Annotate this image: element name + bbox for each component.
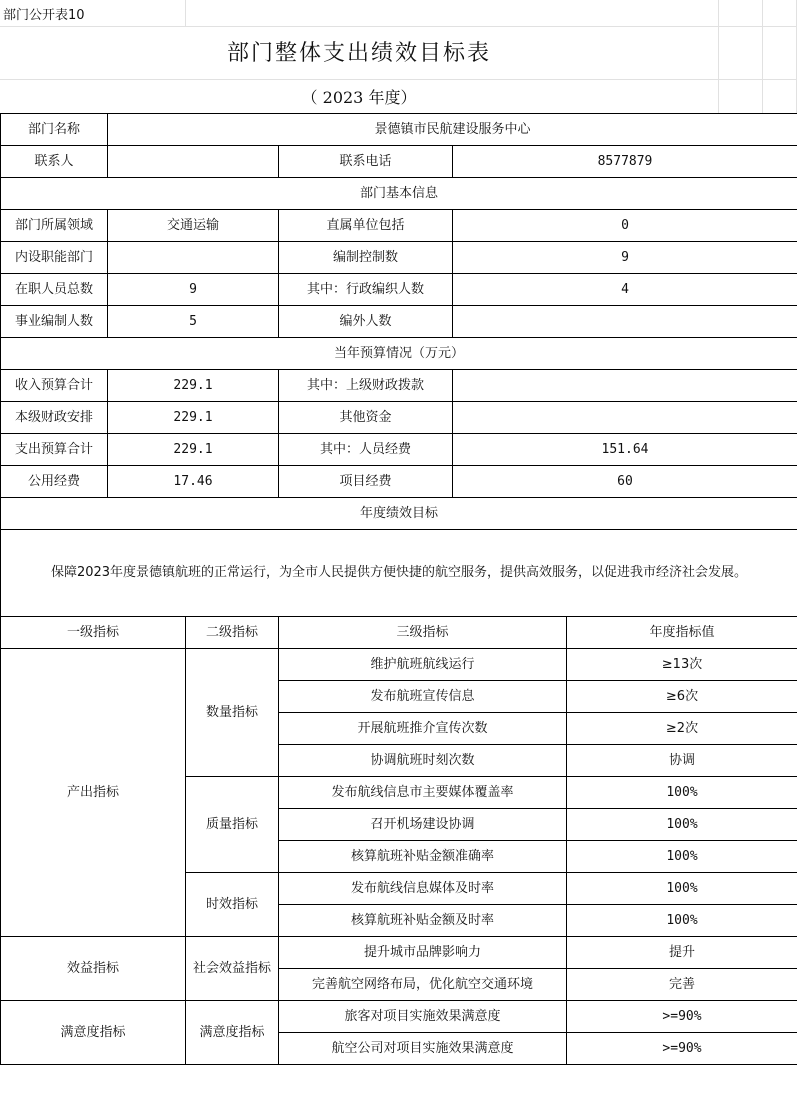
basic-info-row: 部门所属领域 交通运输 直属单位包括 0	[1, 210, 797, 242]
indicator-name[interactable]: 开展航班推介宣传次数	[279, 713, 567, 745]
indicator-name[interactable]: 完善航空网络布局，优化航空交通环境	[279, 969, 567, 1001]
indicator-value[interactable]: ≥6次	[567, 681, 797, 713]
level2-satisfaction: 满意度指标	[186, 1001, 279, 1065]
dept-name-row: 部门名称 景德镇市民航建设服务中心	[1, 114, 797, 146]
field-value[interactable]: 229.1	[108, 402, 279, 434]
indicator-name[interactable]: 提升城市品牌影响力	[279, 937, 567, 969]
dept-name-label: 部门名称	[1, 114, 108, 146]
field-label: 项目经费	[279, 466, 453, 498]
field-label: 编外人数	[279, 306, 453, 338]
indicator-value[interactable]: 100%	[567, 777, 797, 809]
field-value[interactable]: 9	[108, 274, 279, 306]
gridline	[762, 0, 763, 113]
indicator-name[interactable]: 旅客对项目实施效果满意度	[279, 1001, 567, 1033]
indicator-name[interactable]: 发布航线信息媒体及时率	[279, 873, 567, 905]
field-label: 其中：上级财政拨款	[279, 370, 453, 402]
indicator-name[interactable]: 航空公司对项目实施效果满意度	[279, 1033, 567, 1065]
indicator-name[interactable]: 发布航班宣传信息	[279, 681, 567, 713]
budget-row: 收入预算合计 229.1 其中：上级财政拨款	[1, 370, 797, 402]
field-value[interactable]: 151.64	[453, 434, 797, 466]
indicator-value[interactable]: >=90%	[567, 1033, 797, 1065]
indicator-value[interactable]: 100%	[567, 809, 797, 841]
indicator-value[interactable]: ≥13次	[567, 649, 797, 681]
indicator-value[interactable]: ≥2次	[567, 713, 797, 745]
section-title-goals: 年度绩效目标	[1, 498, 797, 530]
contact-label: 联系人	[1, 146, 108, 178]
field-value[interactable]: 229.1	[108, 434, 279, 466]
field-label: 支出预算合计	[1, 434, 108, 466]
goals-section: 年度绩效目标	[1, 498, 797, 530]
indicator-name[interactable]: 发布航线信息市主要媒体覆盖率	[279, 777, 567, 809]
indicator-value[interactable]: 100%	[567, 905, 797, 937]
budget-row: 本级财政安排 229.1 其他资金	[1, 402, 797, 434]
goals-text[interactable]: 保障2023年度景德镇航班的正常运行，为全市人民提供方便快捷的航空服务，提供高效…	[1, 530, 797, 617]
field-value[interactable]	[453, 306, 797, 338]
indicator-value[interactable]: 完善	[567, 969, 797, 1001]
col-header-level1: 一级指标	[1, 617, 186, 649]
sheet-label: 部门公开表10	[3, 4, 85, 23]
col-header-level2: 二级指标	[186, 617, 279, 649]
gridline	[0, 26, 797, 27]
gridline	[0, 79, 797, 80]
phone-value[interactable]: 8577879	[453, 146, 797, 178]
gridline	[185, 0, 186, 26]
section-title-budget: 当年预算情况（万元）	[1, 338, 797, 370]
indicator-name[interactable]: 召开机场建设协调	[279, 809, 567, 841]
indicator-name[interactable]: 协调航班时刻次数	[279, 745, 567, 777]
basic-info-row: 内设职能部门 编制控制数 9	[1, 242, 797, 274]
field-label: 本级财政安排	[1, 402, 108, 434]
page-title: 部门整体支出绩效目标表	[0, 36, 718, 67]
field-label: 直属单位包括	[279, 210, 453, 242]
indicator-value[interactable]: >=90%	[567, 1001, 797, 1033]
budget-section: 当年预算情况（万元）	[1, 338, 797, 370]
field-value[interactable]: 60	[453, 466, 797, 498]
budget-row: 公用经费 17.46 项目经费 60	[1, 466, 797, 498]
indicator-header-row: 一级指标 二级指标 三级指标 年度指标值	[1, 617, 797, 649]
field-label: 编制控制数	[279, 242, 453, 274]
level1-output: 产出指标	[1, 649, 186, 937]
field-value[interactable]: 229.1	[108, 370, 279, 402]
contact-row: 联系人 联系电话 8577879	[1, 146, 797, 178]
field-label: 其中：人员经费	[279, 434, 453, 466]
field-value[interactable]: 9	[453, 242, 797, 274]
field-value[interactable]	[453, 402, 797, 434]
indicator-value[interactable]: 提升	[567, 937, 797, 969]
field-label: 公用经费	[1, 466, 108, 498]
goals-text-row: 保障2023年度景德镇航班的正常运行，为全市人民提供方便快捷的航空服务，提供高效…	[1, 530, 797, 617]
field-label: 事业编制人数	[1, 306, 108, 338]
performance-table: 部门名称 景德镇市民航建设服务中心 联系人 联系电话 8577879 部门基本信…	[0, 113, 797, 1065]
indicator-row: 效益指标 社会效益指标 提升城市品牌影响力 提升	[1, 937, 797, 969]
field-value[interactable]: 0	[453, 210, 797, 242]
level1-benefit: 效益指标	[1, 937, 186, 1001]
field-label: 其中：行政编织人数	[279, 274, 453, 306]
sheet-header-area: 部门公开表10 部门整体支出绩效目标表 （ 2023 年度）	[0, 0, 797, 113]
level2-timeliness: 时效指标	[186, 873, 279, 937]
section-title-basic-info: 部门基本信息	[1, 178, 797, 210]
indicator-row: 产出指标 数量指标 维护航班航线运行 ≥13次	[1, 649, 797, 681]
field-value[interactable]: 17.46	[108, 466, 279, 498]
field-value[interactable]: 4	[453, 274, 797, 306]
gridline	[718, 0, 719, 113]
field-label: 部门所属领域	[1, 210, 108, 242]
basic-info-section: 部门基本信息	[1, 178, 797, 210]
fiscal-year: （ 2023 年度）	[0, 85, 718, 108]
field-label: 其他资金	[279, 402, 453, 434]
indicator-name[interactable]: 核算航班补贴金额准确率	[279, 841, 567, 873]
col-header-value: 年度指标值	[567, 617, 797, 649]
phone-label: 联系电话	[279, 146, 453, 178]
budget-row: 支出预算合计 229.1 其中：人员经费 151.64	[1, 434, 797, 466]
indicator-value[interactable]: 100%	[567, 873, 797, 905]
contact-value[interactable]	[108, 146, 279, 178]
level2-social-benefit: 社会效益指标	[186, 937, 279, 1001]
indicator-name[interactable]: 核算航班补贴金额及时率	[279, 905, 567, 937]
basic-info-row: 在职人员总数 9 其中：行政编织人数 4	[1, 274, 797, 306]
level2-quality: 质量指标	[186, 777, 279, 873]
field-value[interactable]	[453, 370, 797, 402]
field-value[interactable]: 5	[108, 306, 279, 338]
field-label: 内设职能部门	[1, 242, 108, 274]
indicator-value[interactable]: 协调	[567, 745, 797, 777]
field-label: 在职人员总数	[1, 274, 108, 306]
col-header-level3: 三级指标	[279, 617, 567, 649]
indicator-name[interactable]: 维护航班航线运行	[279, 649, 567, 681]
field-label: 收入预算合计	[1, 370, 108, 402]
field-value[interactable]: 交通运输	[108, 210, 279, 242]
field-value[interactable]	[108, 242, 279, 274]
indicator-value[interactable]: 100%	[567, 841, 797, 873]
level2-quantity: 数量指标	[186, 649, 279, 777]
dept-name-value[interactable]: 景德镇市民航建设服务中心	[108, 114, 797, 146]
indicator-row: 满意度指标 满意度指标 旅客对项目实施效果满意度 >=90%	[1, 1001, 797, 1033]
level1-satisfaction: 满意度指标	[1, 1001, 186, 1065]
basic-info-row: 事业编制人数 5 编外人数	[1, 306, 797, 338]
